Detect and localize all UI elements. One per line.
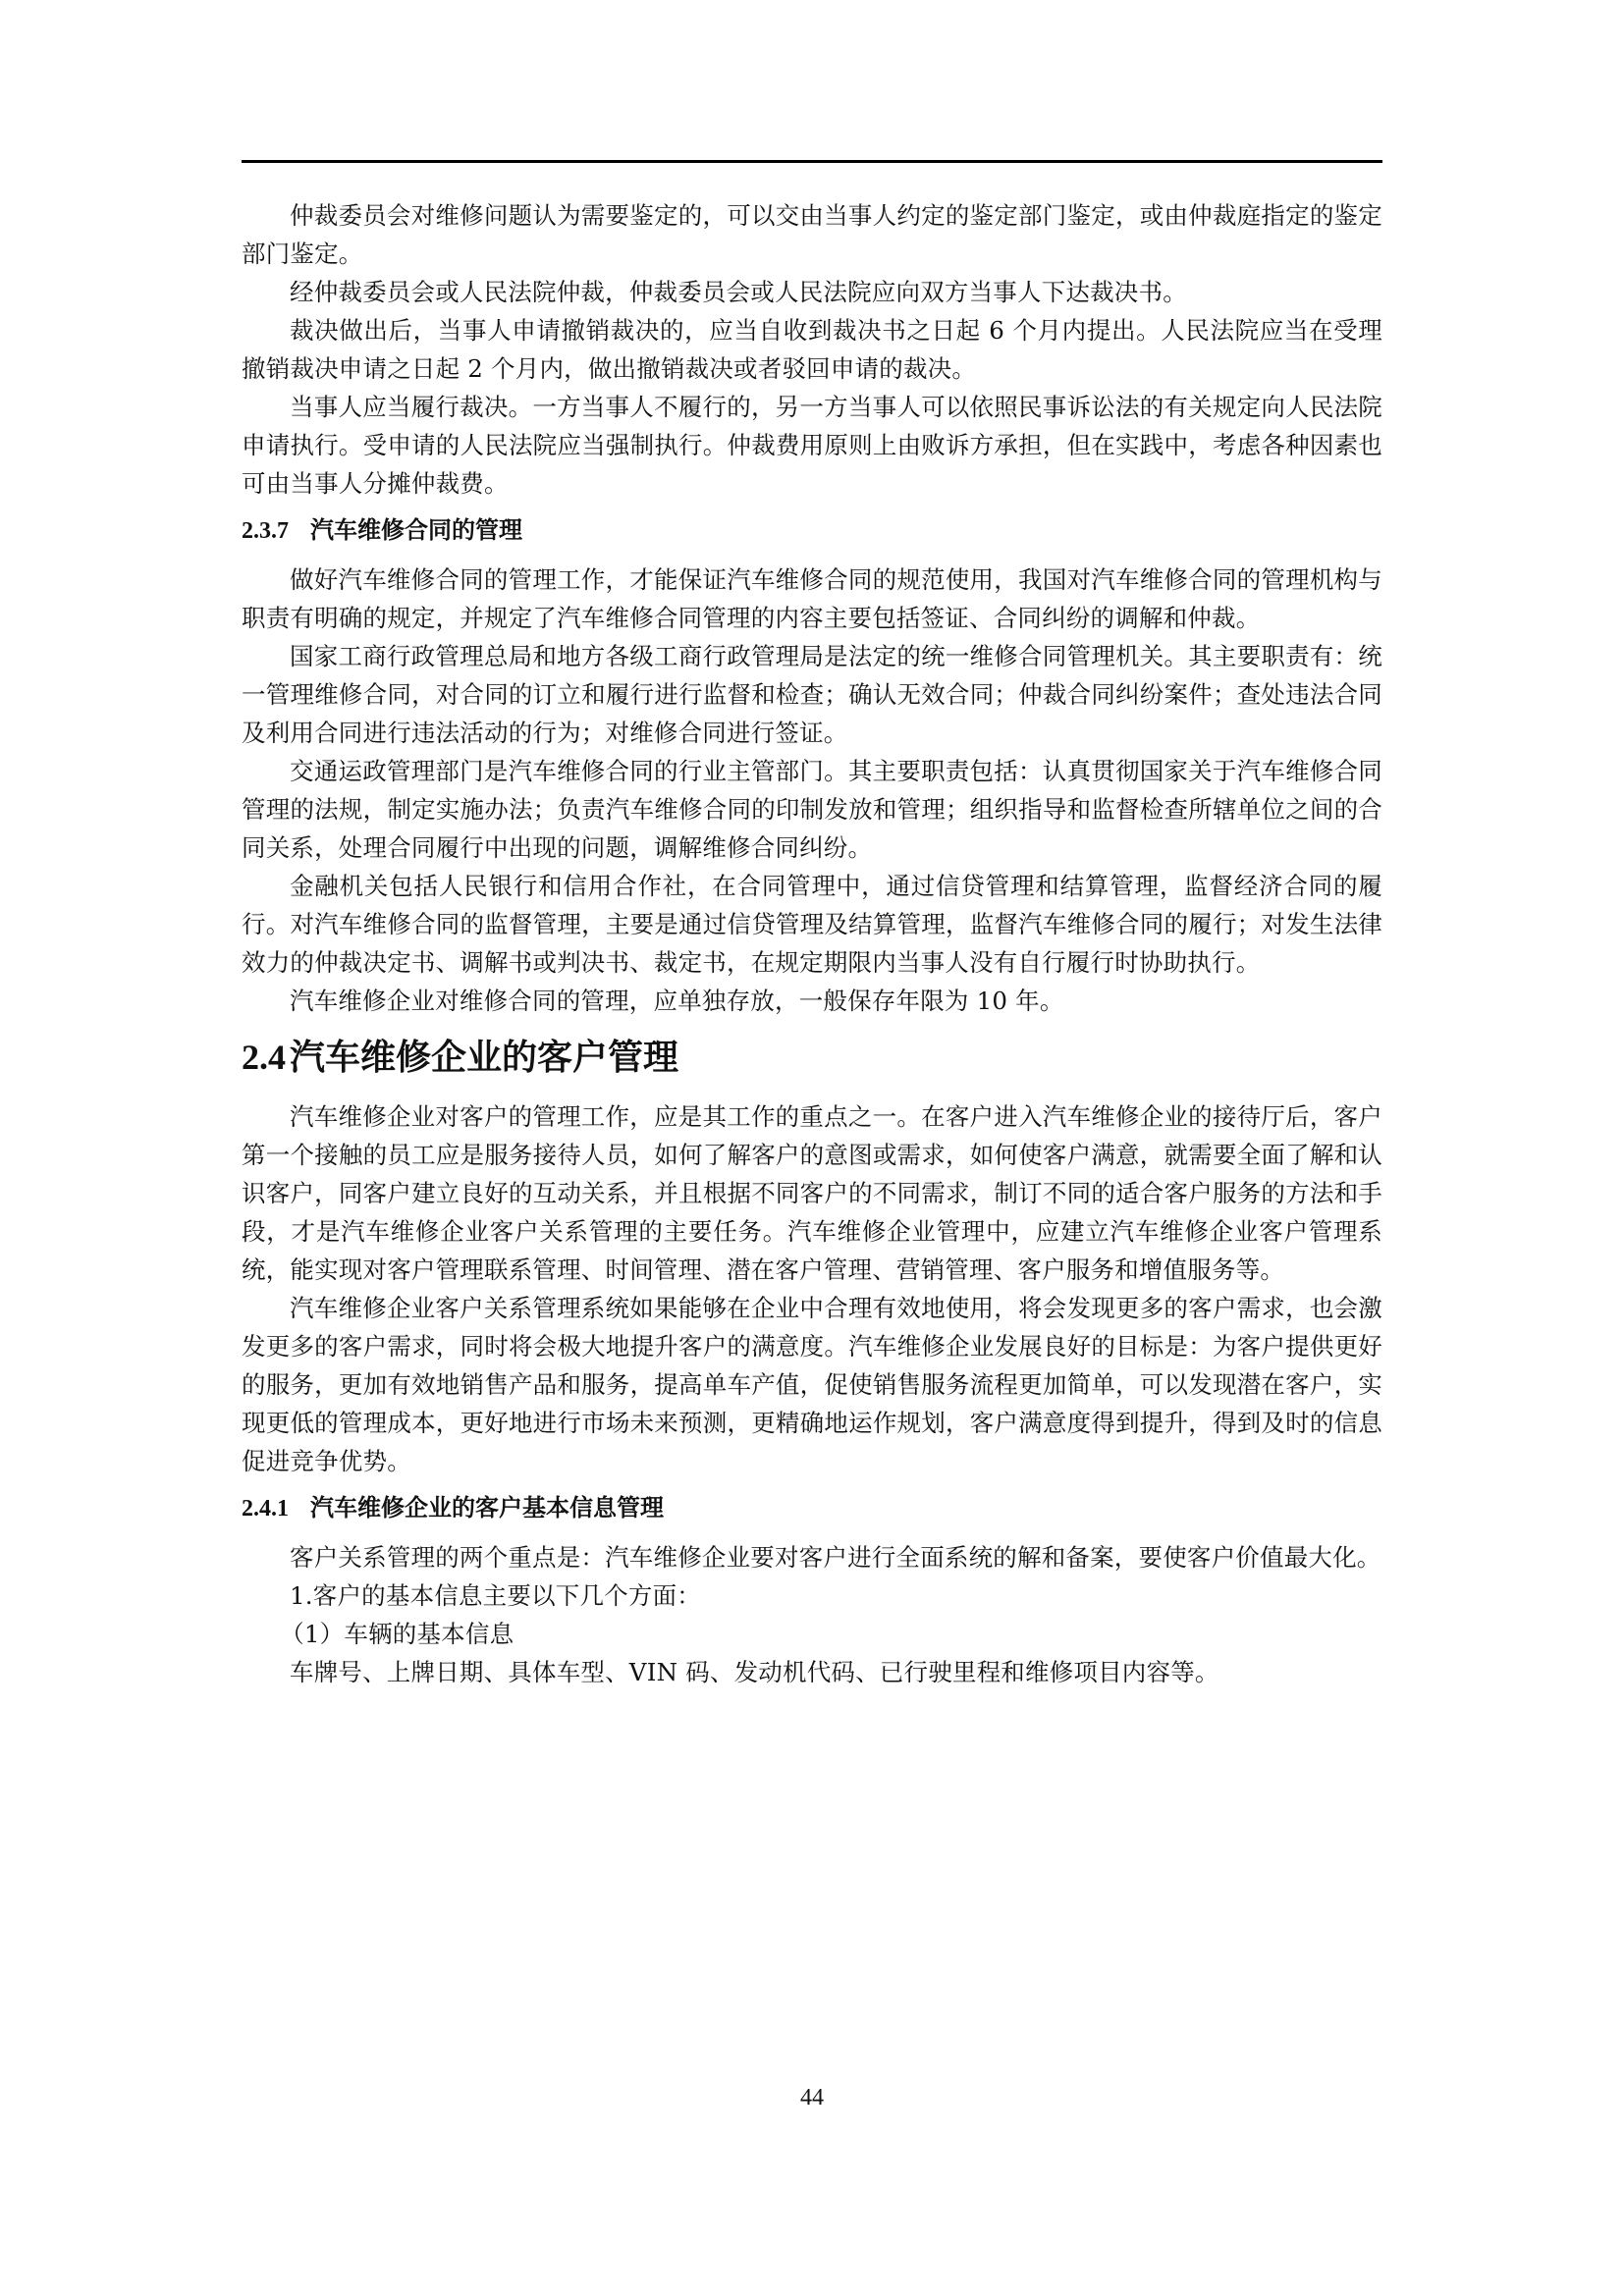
section-heading-2-3-7: 2.3.7汽车维修合同的管理 [242,510,1382,551]
paragraph: 经仲裁委员会或人民法院仲裁，仲裁委员会或人民法院应向双方当事人下达裁决书。 [242,273,1382,311]
paragraph: 仲裁委员会对维修问题认为需要鉴定的，可以交由当事人约定的鉴定部门鉴定，或由仲裁庭… [242,196,1382,273]
section-number: 2.4.1 [242,1489,289,1528]
list-subheading: （1）车辆的基本信息 [242,1615,1382,1653]
page-body: 仲裁委员会对维修问题认为需要鉴定的，可以交由当事人约定的鉴定部门鉴定，或由仲裁庭… [242,196,1382,1691]
section-heading-2-4: 2.4汽车维修企业的客户管理 [242,1032,1382,1084]
paragraph: 金融机关包括人民银行和信用合作社，在合同管理中，通过信贷管理和结算管理，监督经济… [242,867,1382,982]
paragraph: 裁决做出后，当事人申请撤销裁决的，应当自收到裁决书之日起 6 个月内提出。人民法… [242,311,1382,388]
paragraph: 国家工商行政管理总局和地方各级工商行政管理局是法定的统一维修合同管理机关。其主要… [242,637,1382,752]
paragraph: 汽车维修企业客户关系管理系统如果能够在企业中合理有效地使用，将会发现更多的客户需… [242,1289,1382,1480]
paragraph: 汽车维修企业对维修合同的管理，应单独存放，一般保存年限为 10 年。 [242,982,1382,1020]
section-number: 2.3.7 [242,511,289,551]
paragraph: 做好汽车维修合同的管理工作，才能保证汽车维修合同的规范使用，我国对汽车维修合同的… [242,561,1382,637]
paragraph: 交通运政管理部门是汽车维修合同的行业主管部门。其主要职责包括：认真贯彻国家关于汽… [242,752,1382,867]
section-title: 汽车维修企业的客户管理 [290,1038,678,1078]
paragraph: 客户关系管理的两个重点是：汽车维修企业要对客户进行全面系统的解和备案，要使客户价… [242,1538,1382,1576]
paragraph: 车牌号、上牌日期、具体车型、VIN 码、发动机代码、已行驶里程和维修项目内容等。 [242,1653,1382,1691]
section-number: 2.4 [242,1038,286,1077]
section-title: 汽车维修合同的管理 [310,516,522,544]
page-number: 44 [0,2085,1624,2111]
header-rule [242,160,1382,163]
paragraph: 当事人应当履行裁决。一方当事人不履行的，另一方当事人可以依照民事诉讼法的有关规定… [242,388,1382,503]
paragraph: 汽车维修企业对客户的管理工作，应是其工作的重点之一。在客户进入汽车维修企业的接待… [242,1097,1382,1289]
list-heading: 1.客户的基本信息主要以下几个方面： [242,1576,1382,1615]
section-heading-2-4-1: 2.4.1汽车维修企业的客户基本信息管理 [242,1488,1382,1528]
section-title: 汽车维修企业的客户基本信息管理 [310,1494,664,1522]
